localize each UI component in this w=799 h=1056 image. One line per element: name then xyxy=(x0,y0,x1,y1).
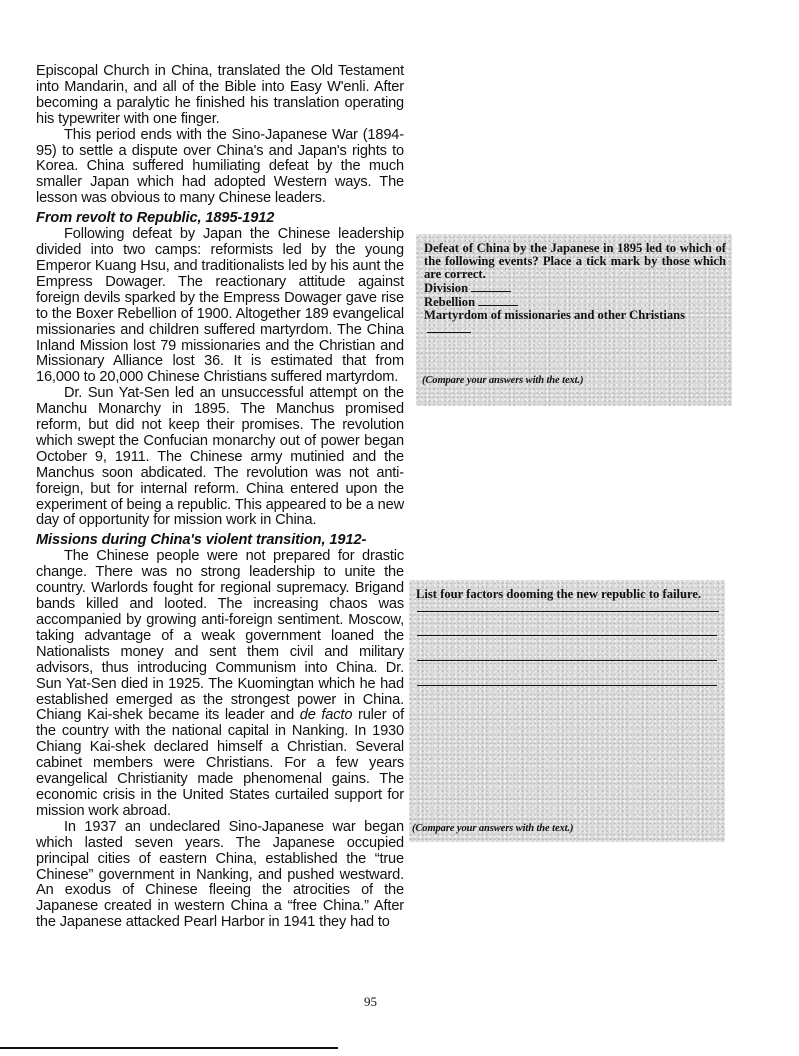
exercise1-option-rebellion: Rebellion xyxy=(424,295,726,309)
option-label: Rebellion xyxy=(424,295,475,309)
section2-paragraph-2: In 1937 an undeclared Sino-Japanese war … xyxy=(36,820,404,931)
section2-paragraph-1: The Chinese people were not prepared for… xyxy=(36,549,404,819)
exercise2-compare-note: (Compare your answers with the text.) xyxy=(412,823,573,834)
option-label: Division xyxy=(424,281,468,295)
section1-paragraph-2: Dr. Sun Yat-Sen led an unsuccessful atte… xyxy=(36,386,404,529)
intro-paragraph-2: This period ends with the Sino-Japanese … xyxy=(36,128,404,208)
tick-blank-rebellion[interactable] xyxy=(478,295,518,306)
answer-line-2[interactable] xyxy=(417,635,717,636)
section1-paragraph-1: Following defeat by Japan the Chinese le… xyxy=(36,227,404,386)
section-heading-revolt-to-republic: From revolt to Republic, 1895-1912 xyxy=(36,210,404,227)
exercise1-compare-note: (Compare your answers with the text.) xyxy=(422,375,583,386)
de-facto-italic: de facto xyxy=(300,707,353,723)
exercise1-option-division: Division xyxy=(424,281,726,295)
section-heading-violent-transition: Missions during China's violent transiti… xyxy=(36,532,404,549)
option-label: Martyrdom of missionaries and other Chri… xyxy=(424,308,685,322)
section2-paragraph-1-part-a: The Chinese people were not prepared for… xyxy=(36,548,404,723)
tick-blank-division[interactable] xyxy=(471,281,511,292)
exercise-box-four-factors: List four factors dooming the new republ… xyxy=(409,580,725,842)
tick-blank-martyrdom[interactable] xyxy=(427,322,471,333)
answer-line-3[interactable] xyxy=(417,660,717,661)
footer-rule-divider xyxy=(0,1047,338,1049)
exercise1-option-martyrdom: Martyrdom of missionaries and other Chri… xyxy=(424,309,726,336)
exercise2-question: List four factors dooming the new republ… xyxy=(416,588,719,601)
exercise1-question-block: Defeat of China by the Japanese in 1895 … xyxy=(424,242,726,336)
answer-line-1[interactable] xyxy=(417,611,719,612)
intro-paragraph-1: Episcopal Church in China, translated th… xyxy=(36,64,404,128)
exercise1-question: Defeat of China by the Japanese in 1895 … xyxy=(424,241,726,281)
exercise-box-defeat-events: Defeat of China by the Japanese in 1895 … xyxy=(416,234,732,406)
main-text-column: Episcopal Church in China, translated th… xyxy=(36,64,404,931)
answer-line-4[interactable] xyxy=(417,685,717,686)
section2-paragraph-1-part-b: ruler of the country with the national c… xyxy=(36,707,404,818)
page-number: 95 xyxy=(364,994,377,1010)
